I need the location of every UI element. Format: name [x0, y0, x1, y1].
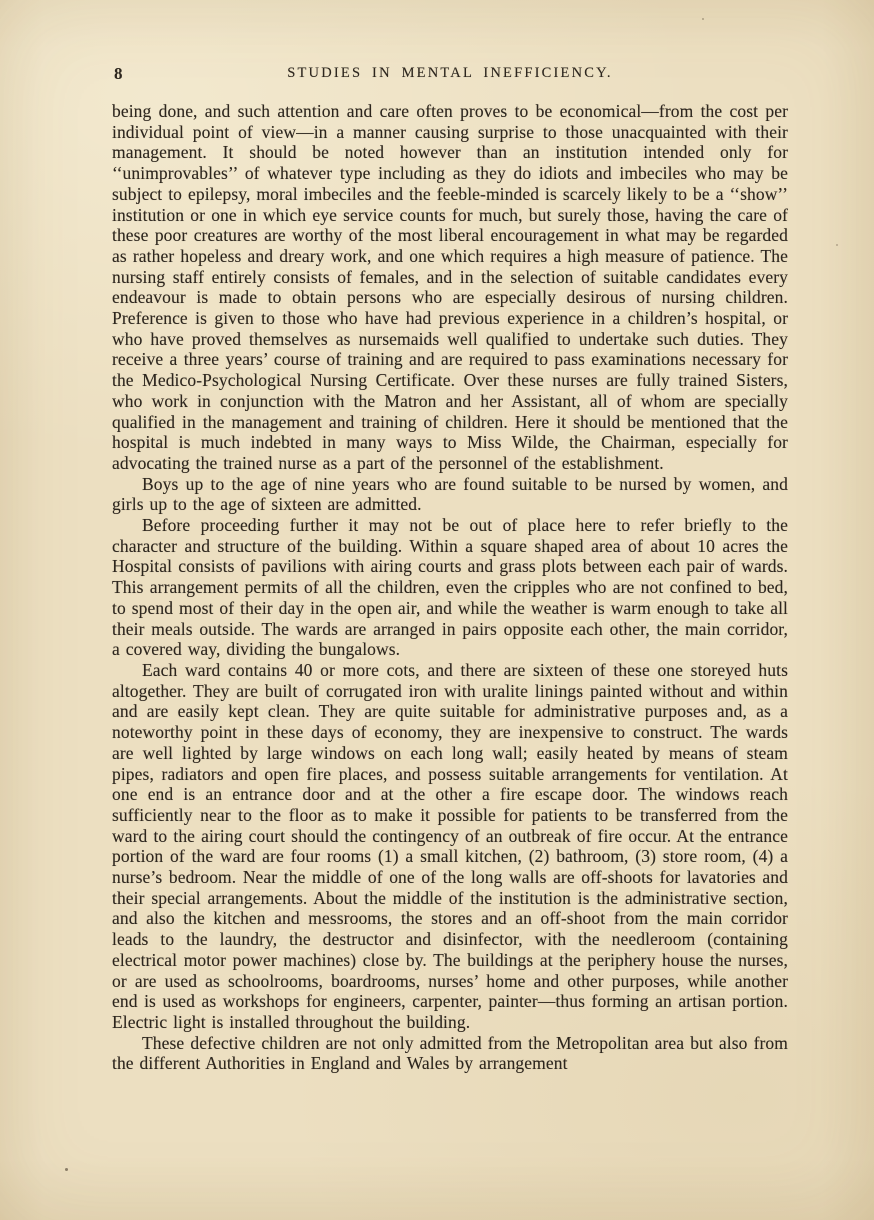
paper-speck — [393, 385, 395, 387]
book-page: 8 STUDIES IN MENTAL INEFFICIENCY. being … — [0, 0, 874, 1220]
running-head: 8 STUDIES IN MENTAL INEFFICIENCY. — [112, 64, 788, 86]
paper-speck — [65, 1168, 68, 1171]
paragraph-continuation: being done, and such attention and care … — [112, 101, 788, 474]
page-number: 8 — [114, 64, 123, 84]
paragraph-admissions: Boys up to the age of nine years who are… — [112, 474, 788, 515]
page-body: being done, and such attention and care … — [112, 101, 788, 1074]
paper-speck — [836, 244, 838, 246]
running-title: STUDIES IN MENTAL INEFFICIENCY. — [287, 65, 613, 81]
paragraph-building-structure: Before proceeding further it may not be … — [112, 515, 788, 660]
paper-speck — [702, 18, 704, 20]
paragraph-wards-description: Each ward contains 40 or more cots, and … — [112, 660, 788, 1033]
paragraph-admissions-areas: These defective children are not only ad… — [112, 1033, 788, 1074]
